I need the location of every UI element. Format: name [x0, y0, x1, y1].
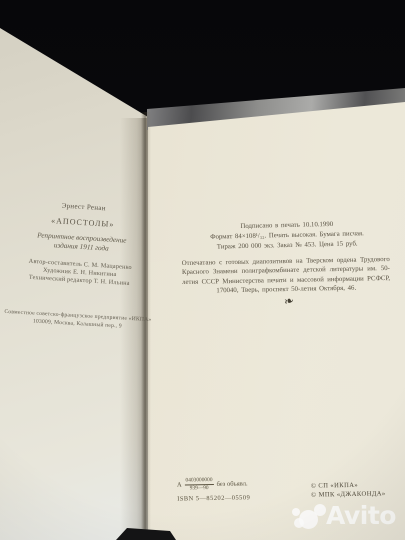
left-page-text-block: Эрнест Ренан «АПОСТОЛЫ» Репринтное воспр…: [3, 198, 160, 290]
printer-paragraph: Отпечатано с готовых диапозитивов на Тве…: [182, 255, 391, 297]
book-title: «АПОСТОЛЫ»: [7, 213, 159, 231]
catalog-code: А 0403000000 939—90 без объявл.: [177, 476, 250, 491]
avito-logo-circle-icon: [294, 518, 304, 528]
catalog-fraction: 0403000000 939—90: [184, 477, 213, 492]
book-photo: Эрнест Ренан «АПОСТОЛЫ» Репринтное воспр…: [0, 0, 405, 540]
avito-wordmark: Avito: [326, 501, 396, 530]
catalog-denominator: 939—90: [185, 484, 214, 491]
catalog-prefix: А: [177, 481, 182, 488]
imprint-block: Подписано в печать 10.10.1990 Формат 84×…: [186, 219, 389, 254]
catalog-block: А 0403000000 939—90 без объявл. ISBN 5—8…: [177, 476, 251, 502]
isbn: ISBN 5—85202—05509: [177, 494, 250, 502]
avito-watermark: Avito: [288, 494, 405, 540]
catalog-suffix: без объявл.: [216, 480, 247, 488]
